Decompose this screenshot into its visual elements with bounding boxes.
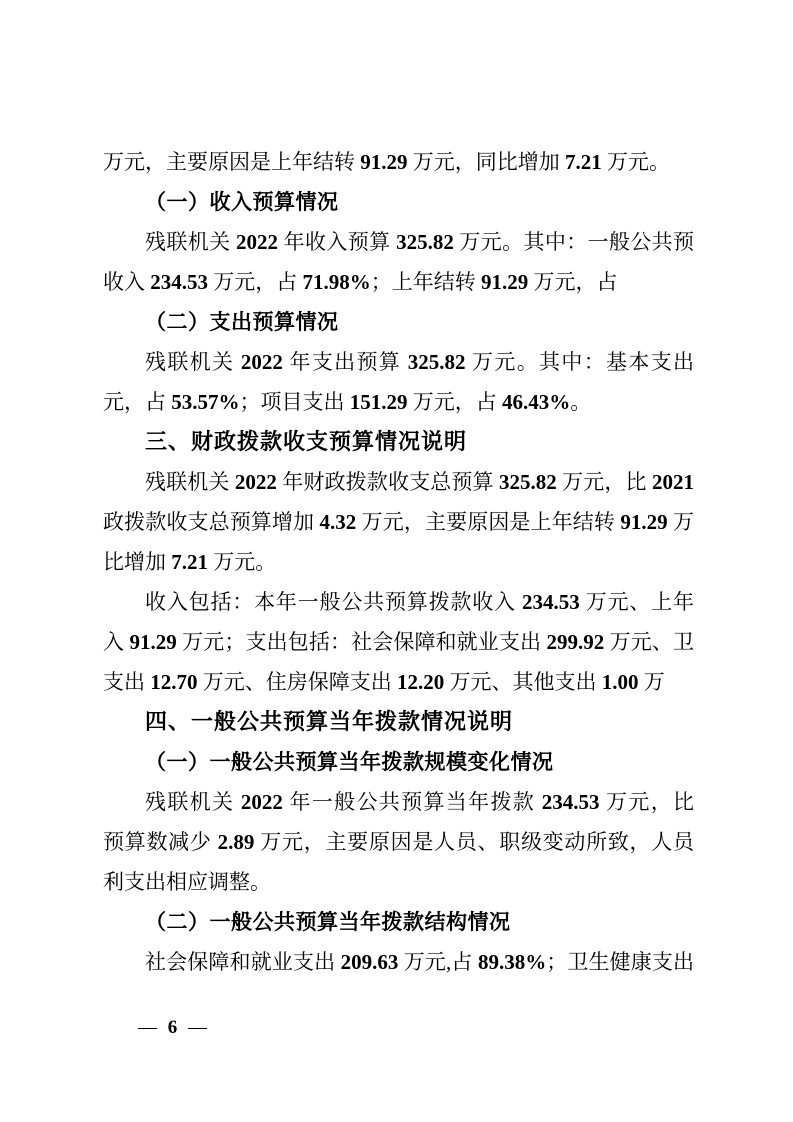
text-line: 比增加 7.21 万元。 (103, 542, 694, 582)
text-line: 三、财政拨款收支预算情况说明 (103, 422, 694, 462)
text-line: 政拨款收支总预算增加 4.32 万元，主要原因是上年结转 91.29 万元，同 (103, 502, 694, 542)
text-line: 收入 234.53 万元，占 71.98%；上年结转 91.29 万元，占 28… (103, 262, 694, 302)
text-line: 四、一般公共预算当年拨款情况说明 (103, 702, 694, 742)
text-line: 残联机关 2022 年一般公共预算当年拨款 234.53 万元，比 2021 年 (103, 782, 694, 822)
text-line: 残联机关 2022 年收入预算 325.82 万元。其中：一般公共预算拨款 (103, 222, 694, 262)
text-line: 社会保障和就业支出 209.63 万元,占 89.38%；卫生健康支出 12.7… (103, 942, 694, 982)
text-line: 入 91.29 万元；支出包括：社会保障和就业支出 299.92 万元、卫生健康 (103, 622, 694, 662)
text-line: 预算数减少 2.89 万元，主要原因是人员、职级变动所致，人员工资福 (103, 822, 694, 862)
text-line: 支出 12.70 万元、住房保障支出 12.20 万元、其他支出 1.00 万元… (103, 662, 694, 702)
text-line: 元，占 53.57%；项目支出 151.29 万元，占 46.43%。 (103, 382, 694, 422)
text-line: 残联机关 2022 年财政拨款收支总预算 325.82 万元，比 2021 年财 (103, 462, 694, 502)
document-page: 万元，主要原因是上年结转 91.29 万元，同比增加 7.21 万元。（一）收入… (0, 0, 793, 1122)
page-content: 万元，主要原因是上年结转 91.29 万元，同比增加 7.21 万元。（一）收入… (103, 142, 694, 982)
text-line: 利支出相应调整。 (103, 862, 694, 902)
text-line: （一）一般公共预算当年拨款规模变化情况 (103, 742, 694, 782)
text-line: （二）一般公共预算当年拨款结构情况 (103, 902, 694, 942)
text-line: 收入包括：本年一般公共预算拨款收入 234.53 万元、上年结转收 (103, 582, 694, 622)
text-line: 残联机关 2022 年支出预算 325.82 万元。其中：基本支出 174.53… (103, 342, 694, 382)
page-number: — 6 — (138, 1008, 210, 1048)
text-line: 万元，主要原因是上年结转 91.29 万元，同比增加 7.21 万元。 (103, 142, 694, 182)
text-line: （二）支出预算情况 (103, 302, 694, 342)
text-line: （一）收入预算情况 (103, 182, 694, 222)
